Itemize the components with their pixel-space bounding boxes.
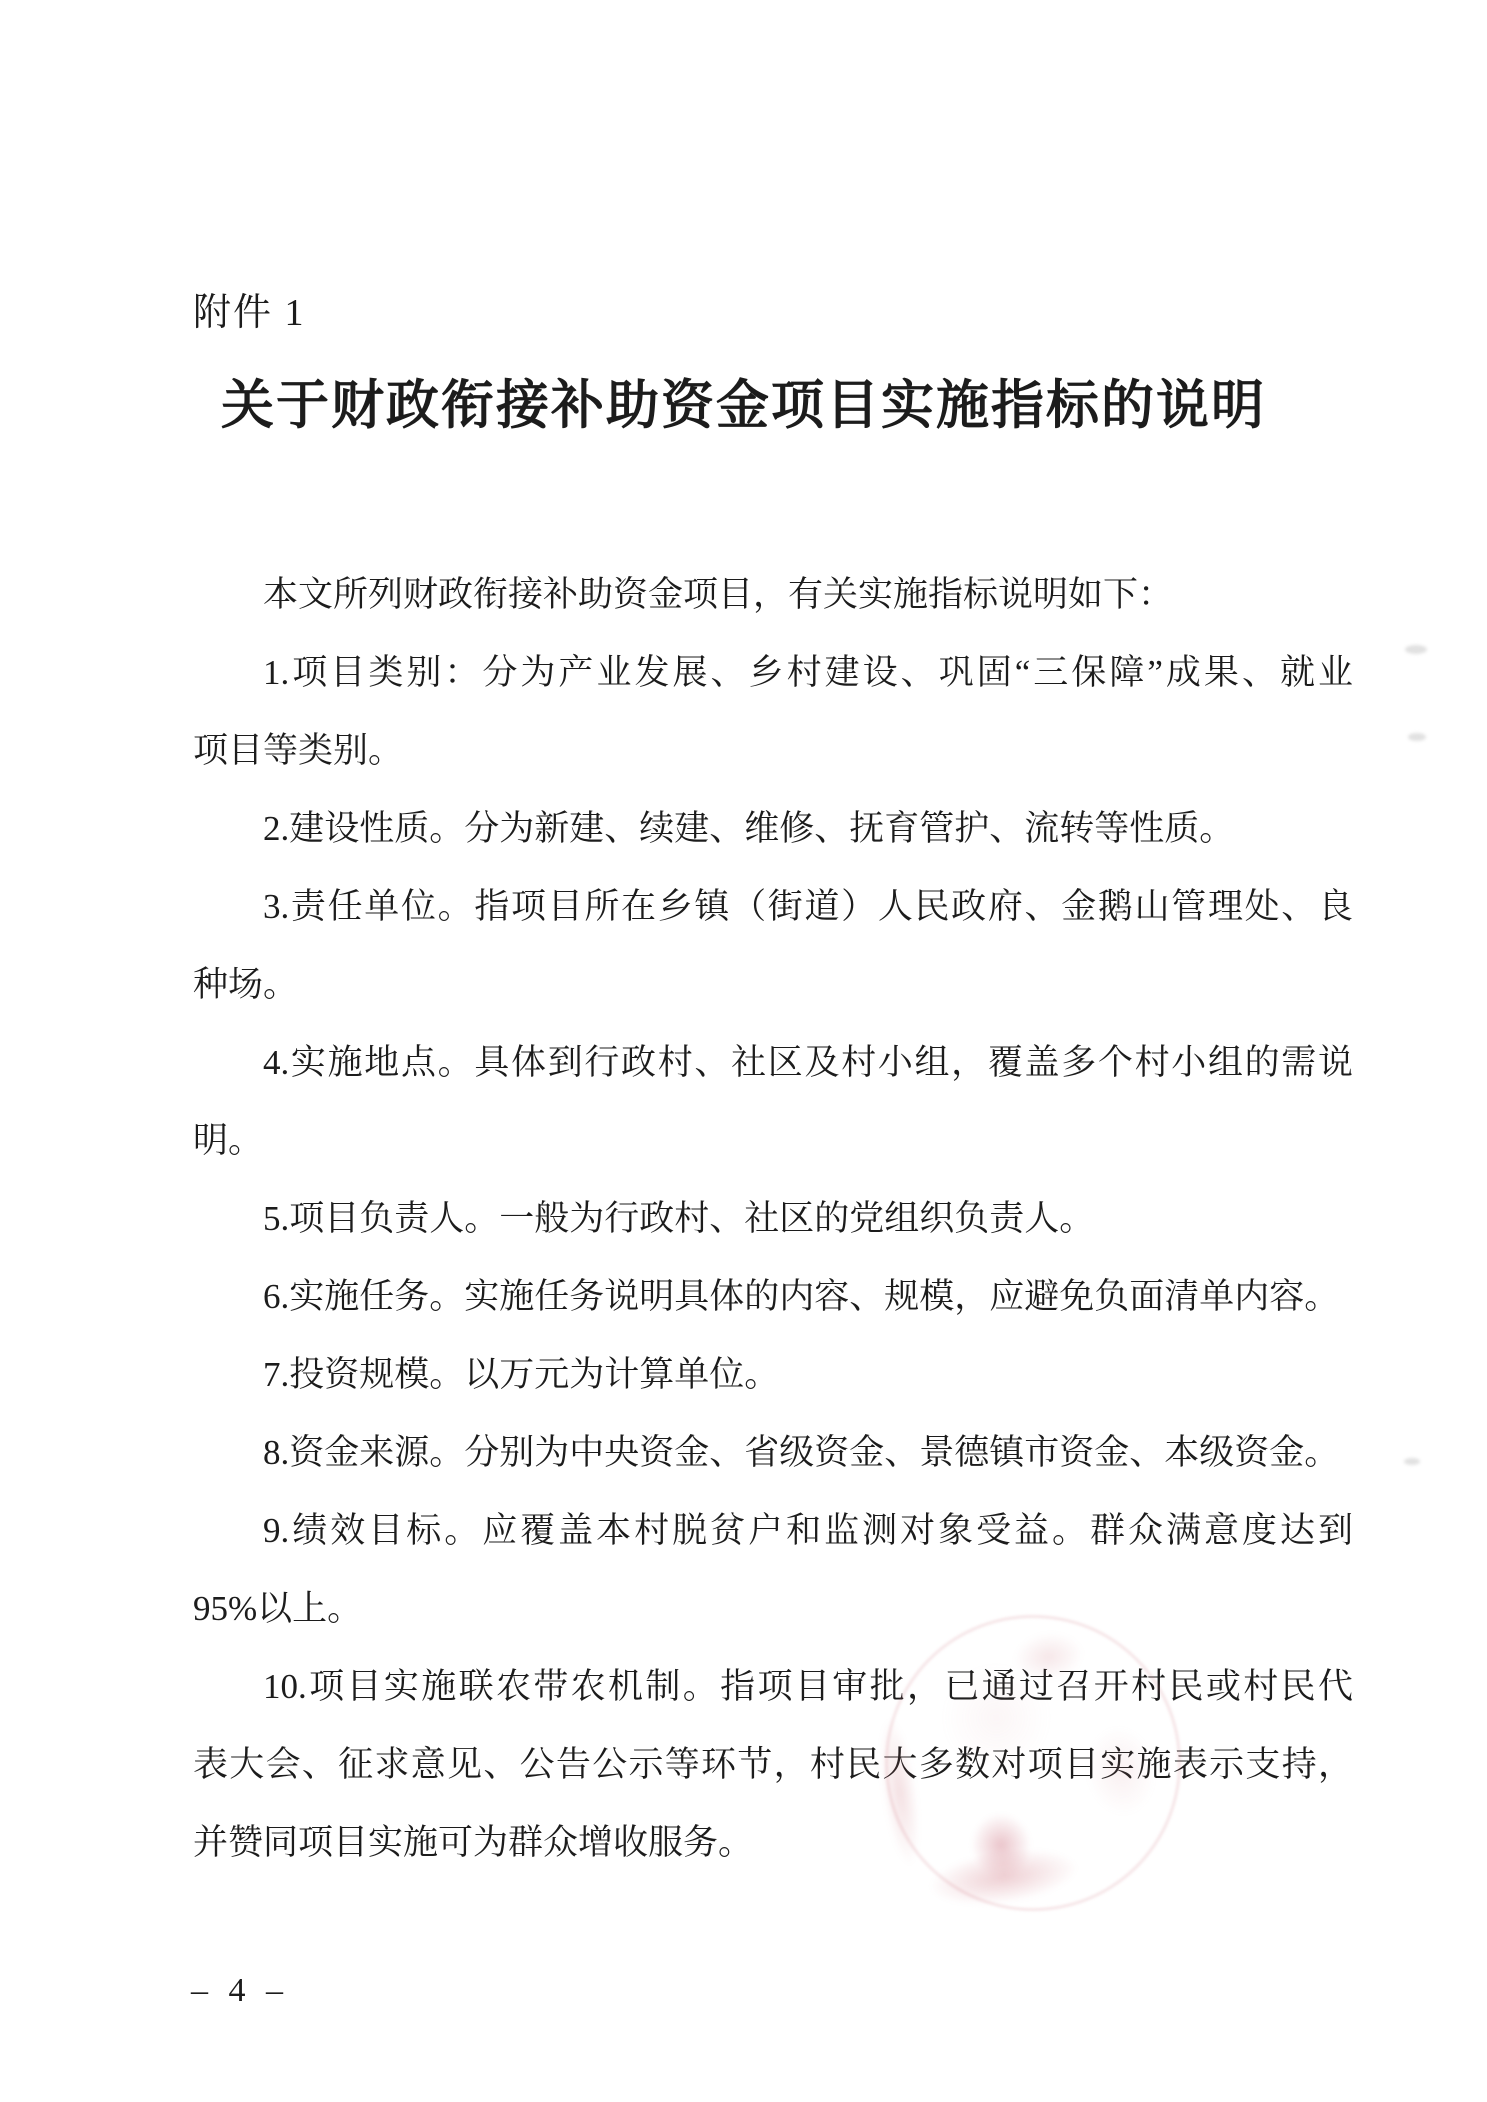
body-line: 10.项目实施联农带农机制。指项目审批，已通过召开村民或村民代 (193, 1648, 1353, 1726)
document-title: 关于财政衔接补助资金项目实施指标的说明 (0, 372, 1487, 440)
scan-smudge (1404, 1458, 1420, 1465)
body-line: 项目等类别。 (193, 712, 1353, 790)
seal-blotch (1080, 1721, 1162, 1820)
body-line: 9.绩效目标。应覆盖本村脱贫户和监测对象受益。群众满意度达到 (193, 1492, 1353, 1570)
body-line: 5.项目负责人。一般为行政村、社区的党组织负责人。 (193, 1180, 1353, 1258)
scan-smudge (1405, 645, 1427, 654)
body-line: 并赞同项目实施可为群众增收服务。 (193, 1804, 1353, 1882)
body-line: 本文所列财政衔接补助资金项目，有关实施指标说明如下： (193, 556, 1353, 634)
body-line: 95%以上。 (193, 1570, 1353, 1648)
attachment-label: 附件 1 (193, 288, 306, 338)
body-line: 种场。 (193, 946, 1353, 1024)
body-line: 8.资金来源。分别为中央资金、省级资金、景德镇市资金、本级资金。 (193, 1414, 1353, 1492)
document-body: 本文所列财政衔接补助资金项目，有关实施指标说明如下：1.项目类别：分为产业发展、… (193, 556, 1353, 1882)
body-line: 6.实施任务。实施任务说明具体的内容、规模，应避免负面清单内容。 (193, 1258, 1353, 1336)
body-line: 2.建设性质。分为新建、续建、维修、抚育管护、流转等性质。 (193, 790, 1353, 868)
body-line: 7.投资规模。以万元为计算单位。 (193, 1336, 1353, 1414)
scan-smudge (1408, 733, 1426, 741)
body-line: 3.责任单位。指项目所在乡镇（街道）人民政府、金鹅山管理处、良 (193, 868, 1353, 946)
page-number: – 4 – (191, 1968, 289, 2014)
document-page: 附件 1 关于财政衔接补助资金项目实施指标的说明 本文所列财政衔接补助资金项目，… (0, 0, 1487, 2102)
body-line: 1.项目类别：分为产业发展、乡村建设、巩固“三保障”成果、就业 (193, 634, 1353, 712)
body-line: 明。 (193, 1102, 1353, 1180)
body-line: 4.实施地点。具体到行政村、社区及村小组，覆盖多个村小组的需说 (193, 1024, 1353, 1102)
